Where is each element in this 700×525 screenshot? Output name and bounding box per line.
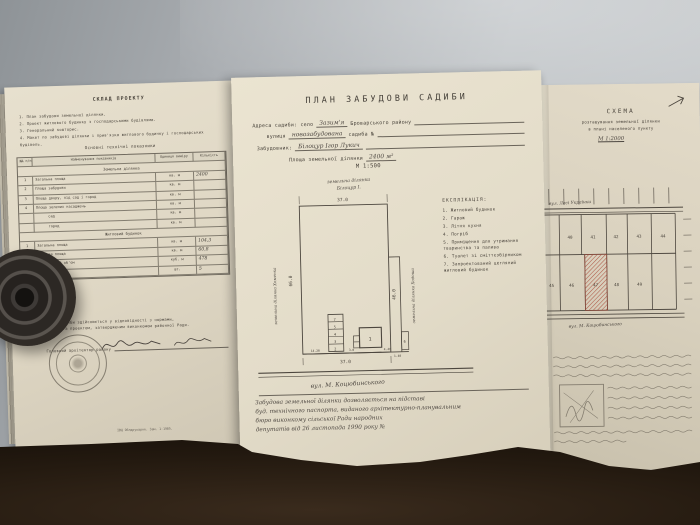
schema-subtitle: в плані населеного пункту (542, 125, 700, 132)
cell (19, 223, 34, 233)
street-name-top: вул. Лесі Українки (549, 200, 592, 207)
schema-title: СХЕМА (542, 107, 700, 116)
dim-small: 14.20 (311, 349, 320, 353)
explication-title: ЕКСПЛІКАЦІЯ: (442, 196, 538, 205)
center-page: ПЛАН ЗАБУДОВИ САДИБИ Адреса садиби: село… (231, 70, 551, 481)
plot-boundary (299, 204, 391, 354)
dim-small: 1.40 (394, 354, 402, 358)
plan-scale: М 1:500 (233, 160, 503, 173)
explication-item: 7. Запроектований цегляний житловий буди… (444, 260, 540, 275)
plot-number: 44 (660, 233, 666, 238)
plot-number: 42 (613, 234, 619, 239)
cell-value: 5 (197, 264, 229, 274)
plan-title: ПЛАН ЗАБУДОВИ САДИБИ (232, 90, 542, 108)
explication-legend: ЕКСПЛІКАЦІЯ: 1. Житловий будинок 2. Гара… (442, 196, 540, 277)
schema-subtitle: розташування земельної ділянки (542, 118, 700, 125)
building-number: 3 (334, 340, 336, 344)
stamp-box (560, 384, 605, 427)
schema-scale: М 1:2000 (542, 135, 680, 143)
right-neighbor-label: земельна ділянка Ходоша (410, 267, 416, 323)
form-label: Адреса садиби: село (252, 122, 313, 129)
dim-right: 46.0 (391, 289, 397, 300)
cell: 4 (19, 205, 34, 215)
form-value-builder: Білоцур Ігор Лукич (295, 142, 363, 152)
handwritten-signature (98, 331, 217, 357)
form-value-street: новозабудована (289, 130, 346, 139)
street-line (258, 368, 473, 373)
print-shop-note: ІВЦ Облдрукарня. Зам. 1-1905. (117, 427, 173, 433)
building-number: 4 (334, 333, 336, 337)
plot-number: 43 (636, 234, 642, 239)
plot-location-schema: вул. Лесі Українки 40 41 42 43 44 45 46 … (543, 179, 700, 331)
left-page-title: СКЛАД ПРОЕКТУ (5, 93, 233, 106)
blank-line (414, 118, 524, 126)
dim-left: 66.0 (288, 275, 294, 286)
photo-of-building-plan-documents: СКЛАД ПРОЕКТУ 1. План забудови земельної… (0, 0, 700, 525)
blank-line (377, 129, 524, 138)
dim-bottom: 37.0 (340, 359, 351, 365)
plot-number: 40 (567, 235, 573, 240)
building-number: 5 (334, 325, 336, 329)
plot-number: 47 (593, 282, 599, 287)
street-name-bottom: вул. М. Коцюбинського (569, 322, 623, 330)
building-number: 6 (404, 340, 406, 344)
plot-number: 41 (590, 234, 596, 239)
plot-number: 49 (637, 282, 643, 287)
plot-number: 48 (614, 282, 620, 287)
street-name: вул. М. Коцюбинського (310, 379, 385, 390)
building-number: 7 (334, 318, 336, 322)
form-value-area: 2400 м² (366, 153, 397, 162)
dim-small: 3.0 (349, 348, 355, 352)
pencil-annotation-block (549, 351, 698, 447)
blank-line (366, 141, 525, 150)
form-value-village: Зазим'я (316, 119, 347, 128)
form-label: садиба № (348, 131, 374, 138)
dim-small: 4.40 (384, 347, 392, 351)
plot-number: 46 (569, 283, 575, 288)
dim-top: 37.0 (337, 197, 348, 203)
left-neighbor-label: земельна ділянка Хоменка (272, 267, 278, 325)
building-number: 2 (334, 347, 336, 351)
form-label: Броварського району (350, 119, 411, 126)
form-label: Забудовник: (257, 145, 292, 152)
cell (19, 214, 34, 224)
cell: 2 (18, 186, 33, 196)
form-label: вулиця (266, 134, 285, 140)
form-label: Площа земельної ділянки (289, 156, 363, 164)
explication-item: 5. Приміщення для утримання тваринства т… (443, 238, 539, 253)
cell: шт. (159, 265, 197, 276)
right-page: СХЕМА розташування земельної ділянки в п… (541, 83, 700, 471)
cell: 1 (18, 177, 33, 187)
house-number: 1 (368, 336, 371, 342)
cell: 3 (19, 195, 34, 205)
plot-number: 45 (549, 283, 555, 288)
col-header-num: №№ п/п (17, 158, 32, 168)
permission-note: Забудова земельної ділянки дозволяється … (255, 392, 542, 435)
